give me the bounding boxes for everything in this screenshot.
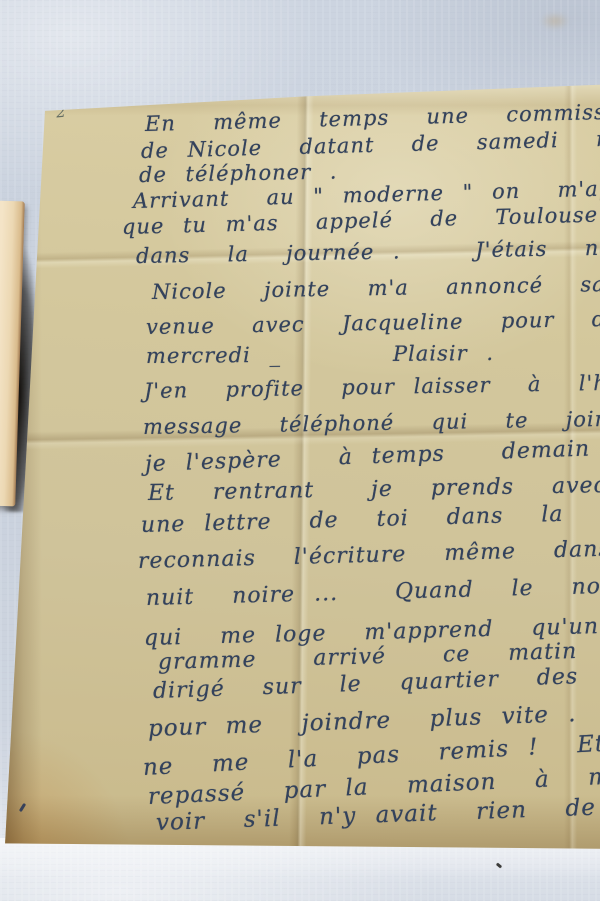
letter-line: nuit noire ... Quand le noble vieillard [146,570,600,611]
letter-line: Nicole jointe m'a annoncé sa probable [152,270,600,304]
letter-line: message téléphoné qui te joindra [143,406,600,439]
stain-smudge [540,12,570,30]
letter-line: Et rentrant je prends avec joie [148,472,600,506]
letter-photo: 2 En même temps une commissionde Nicole … [0,0,600,901]
letter-line: reconnais l'écriture même dans la [138,535,600,574]
letter-paper: 2 En même temps une commissionde Nicole … [0,0,600,901]
letter-line: J'en profite pour laisser à l'hôtel un [144,369,600,403]
letter-line: dans la journée . J'étais navré . [136,235,600,268]
letter-line: venue avec Jacqueline pour déjeuner [146,305,600,339]
handwriting-layer: En même temps une commissionde Nicole da… [0,0,600,901]
letter-line: de téléphoner . [139,160,338,187]
letter-line: mercredi _ Plaisir . [146,341,494,368]
